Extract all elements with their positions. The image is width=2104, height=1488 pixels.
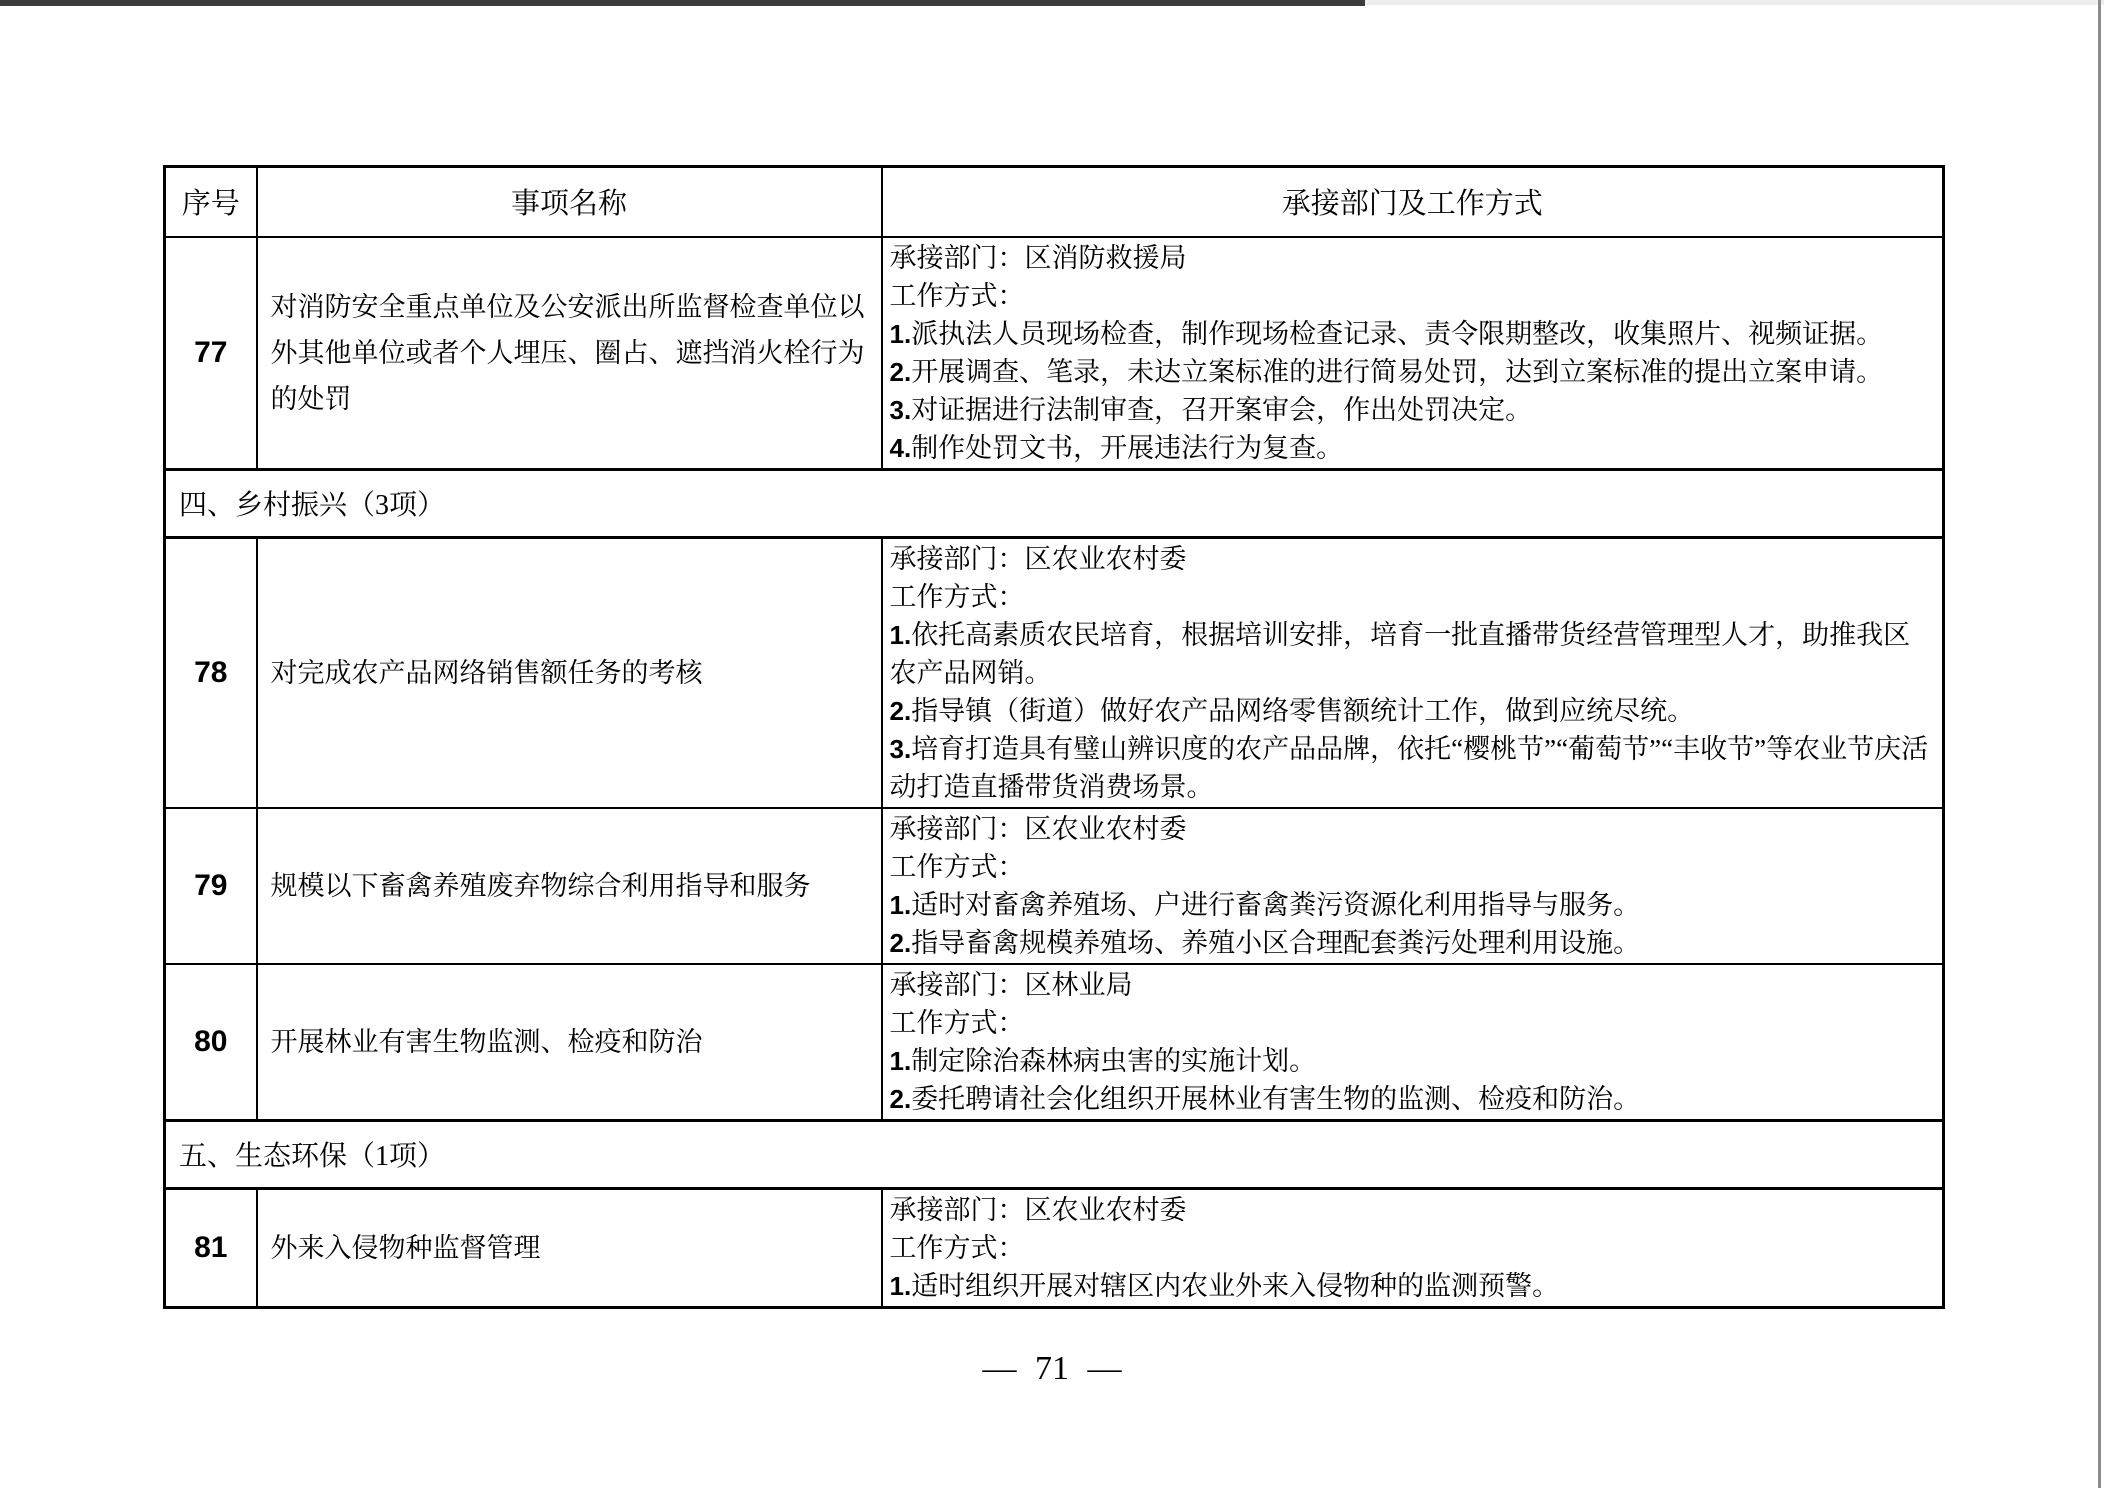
section-label: 四、乡村振兴（3项） bbox=[165, 469, 1944, 537]
matter-name: 对完成农产品网络销售额任务的考核 bbox=[257, 537, 882, 808]
detail-line: 2.开展调查、笔录，未达立案标准的进行简易处罚，达到立案标准的提出立案申请。 bbox=[890, 353, 1933, 391]
detail-line: 承接部门：区消防救援局 bbox=[890, 239, 1933, 277]
scan-artifact-right-edge bbox=[2098, 0, 2101, 1488]
detail-line: 1.适时对畜禽养殖场、户进行畜禽粪污资源化利用指导与服务。 bbox=[890, 886, 1933, 924]
section-label: 五、生态环保（1项） bbox=[165, 1120, 1944, 1188]
col-header-matter-name: 事项名称 bbox=[257, 167, 882, 237]
detail-line: 工作方式： bbox=[890, 848, 1933, 886]
detail-line: 1.派执法人员现场检查，制作现场检查记录、责令限期整改，收集照片、视频证据。 bbox=[890, 315, 1933, 353]
row-serial-number: 77 bbox=[165, 237, 257, 470]
detail-line: 2.指导畜禽规模养殖场、养殖小区合理配套粪污处理利用设施。 bbox=[890, 924, 1933, 962]
matter-detail: 承接部门：区农业农村委工作方式：1.适时组织开展对辖区内农业外来入侵物种的监测预… bbox=[882, 1188, 1944, 1307]
matter-name: 开展林业有害生物监测、检疫和防治 bbox=[257, 964, 882, 1121]
scan-artifact-top-bar bbox=[0, 0, 1365, 6]
detail-line: 3.对证据进行法制审查，召开案审会，作出处罚决定。 bbox=[890, 391, 1933, 429]
row-serial-number: 81 bbox=[165, 1188, 257, 1307]
section-row: 五、生态环保（1项） bbox=[165, 1120, 1944, 1188]
table-body: 77对消防安全重点单位及公安派出所监督检查单位以外其他单位或者个人埋压、圈占、遮… bbox=[165, 237, 1944, 1308]
detail-line: 承接部门：区农业农村委 bbox=[890, 540, 1933, 578]
detail-line: 4.制作处罚文书，开展违法行为复查。 bbox=[890, 429, 1933, 467]
detail-line: 2.委托聘请社会化组织开展林业有害生物的监测、检疫和防治。 bbox=[890, 1080, 1933, 1118]
document-page: 序号 事项名称 承接部门及工作方式 77对消防安全重点单位及公安派出所监督检查单… bbox=[0, 0, 2104, 1488]
scan-artifact-top-bar-light bbox=[1365, 0, 2104, 5]
detail-line: 工作方式： bbox=[890, 1004, 1933, 1042]
row-serial-number: 79 bbox=[165, 808, 257, 964]
row-serial-number: 80 bbox=[165, 964, 257, 1121]
detail-line: 工作方式： bbox=[890, 578, 1933, 616]
detail-line: 工作方式： bbox=[890, 1229, 1933, 1267]
matter-name: 规模以下畜禽养殖废弃物综合利用指导和服务 bbox=[257, 808, 882, 964]
table-row: 81外来入侵物种监督管理承接部门：区农业农村委工作方式：1.适时组织开展对辖区内… bbox=[165, 1188, 1944, 1307]
table-row: 77对消防安全重点单位及公安派出所监督检查单位以外其他单位或者个人埋压、圈占、遮… bbox=[165, 237, 1944, 470]
page-footer: — 71 — bbox=[0, 1350, 2104, 1388]
detail-line: 承接部门：区农业农村委 bbox=[890, 1191, 1933, 1229]
matters-table: 序号 事项名称 承接部门及工作方式 77对消防安全重点单位及公安派出所监督检查单… bbox=[163, 165, 1945, 1309]
detail-line: 3.培育打造具有璧山辨识度的农产品品牌，依托“樱桃节”“葡萄节”“丰收节”等农业… bbox=[890, 730, 1933, 806]
table-row: 80开展林业有害生物监测、检疫和防治承接部门：区林业局工作方式：1.制定除治森林… bbox=[165, 964, 1944, 1121]
detail-line: 2.指导镇（街道）做好农产品网络零售额统计工作，做到应统尽统。 bbox=[890, 692, 1933, 730]
table-row: 78对完成农产品网络销售额任务的考核承接部门：区农业农村委工作方式：1.依托高素… bbox=[165, 537, 1944, 808]
detail-line: 承接部门：区林业局 bbox=[890, 966, 1933, 1004]
matter-detail: 承接部门：区林业局工作方式：1.制定除治森林病虫害的实施计划。2.委托聘请社会化… bbox=[882, 964, 1944, 1121]
matter-name: 对消防安全重点单位及公安派出所监督检查单位以外其他单位或者个人埋压、圈占、遮挡消… bbox=[257, 237, 882, 470]
detail-line: 工作方式： bbox=[890, 277, 1933, 315]
table-header-row: 序号 事项名称 承接部门及工作方式 bbox=[165, 167, 1944, 237]
detail-line: 1.依托高素质农民培育，根据培训安排，培育一批直播带货经营管理型人才，助推我区农… bbox=[890, 616, 1933, 692]
col-header-serial-number: 序号 bbox=[165, 167, 257, 237]
table-row: 79规模以下畜禽养殖废弃物综合利用指导和服务承接部门：区农业农村委工作方式：1.… bbox=[165, 808, 1944, 964]
section-row: 四、乡村振兴（3项） bbox=[165, 469, 1944, 537]
detail-line: 1.制定除治森林病虫害的实施计划。 bbox=[890, 1042, 1933, 1080]
matter-name: 外来入侵物种监督管理 bbox=[257, 1188, 882, 1307]
detail-line: 1.适时组织开展对辖区内农业外来入侵物种的监测预警。 bbox=[890, 1267, 1933, 1305]
matter-detail: 承接部门：区农业农村委工作方式：1.适时对畜禽养殖场、户进行畜禽粪污资源化利用指… bbox=[882, 808, 1944, 964]
matter-detail: 承接部门：区消防救援局工作方式：1.派执法人员现场检查，制作现场检查记录、责令限… bbox=[882, 237, 1944, 470]
row-serial-number: 78 bbox=[165, 537, 257, 808]
detail-line: 承接部门：区农业农村委 bbox=[890, 810, 1933, 848]
matter-detail: 承接部门：区农业农村委工作方式：1.依托高素质农民培育，根据培训安排，培育一批直… bbox=[882, 537, 1944, 808]
page-number: — 71 — bbox=[983, 1350, 1122, 1387]
col-header-department-method: 承接部门及工作方式 bbox=[882, 167, 1944, 237]
